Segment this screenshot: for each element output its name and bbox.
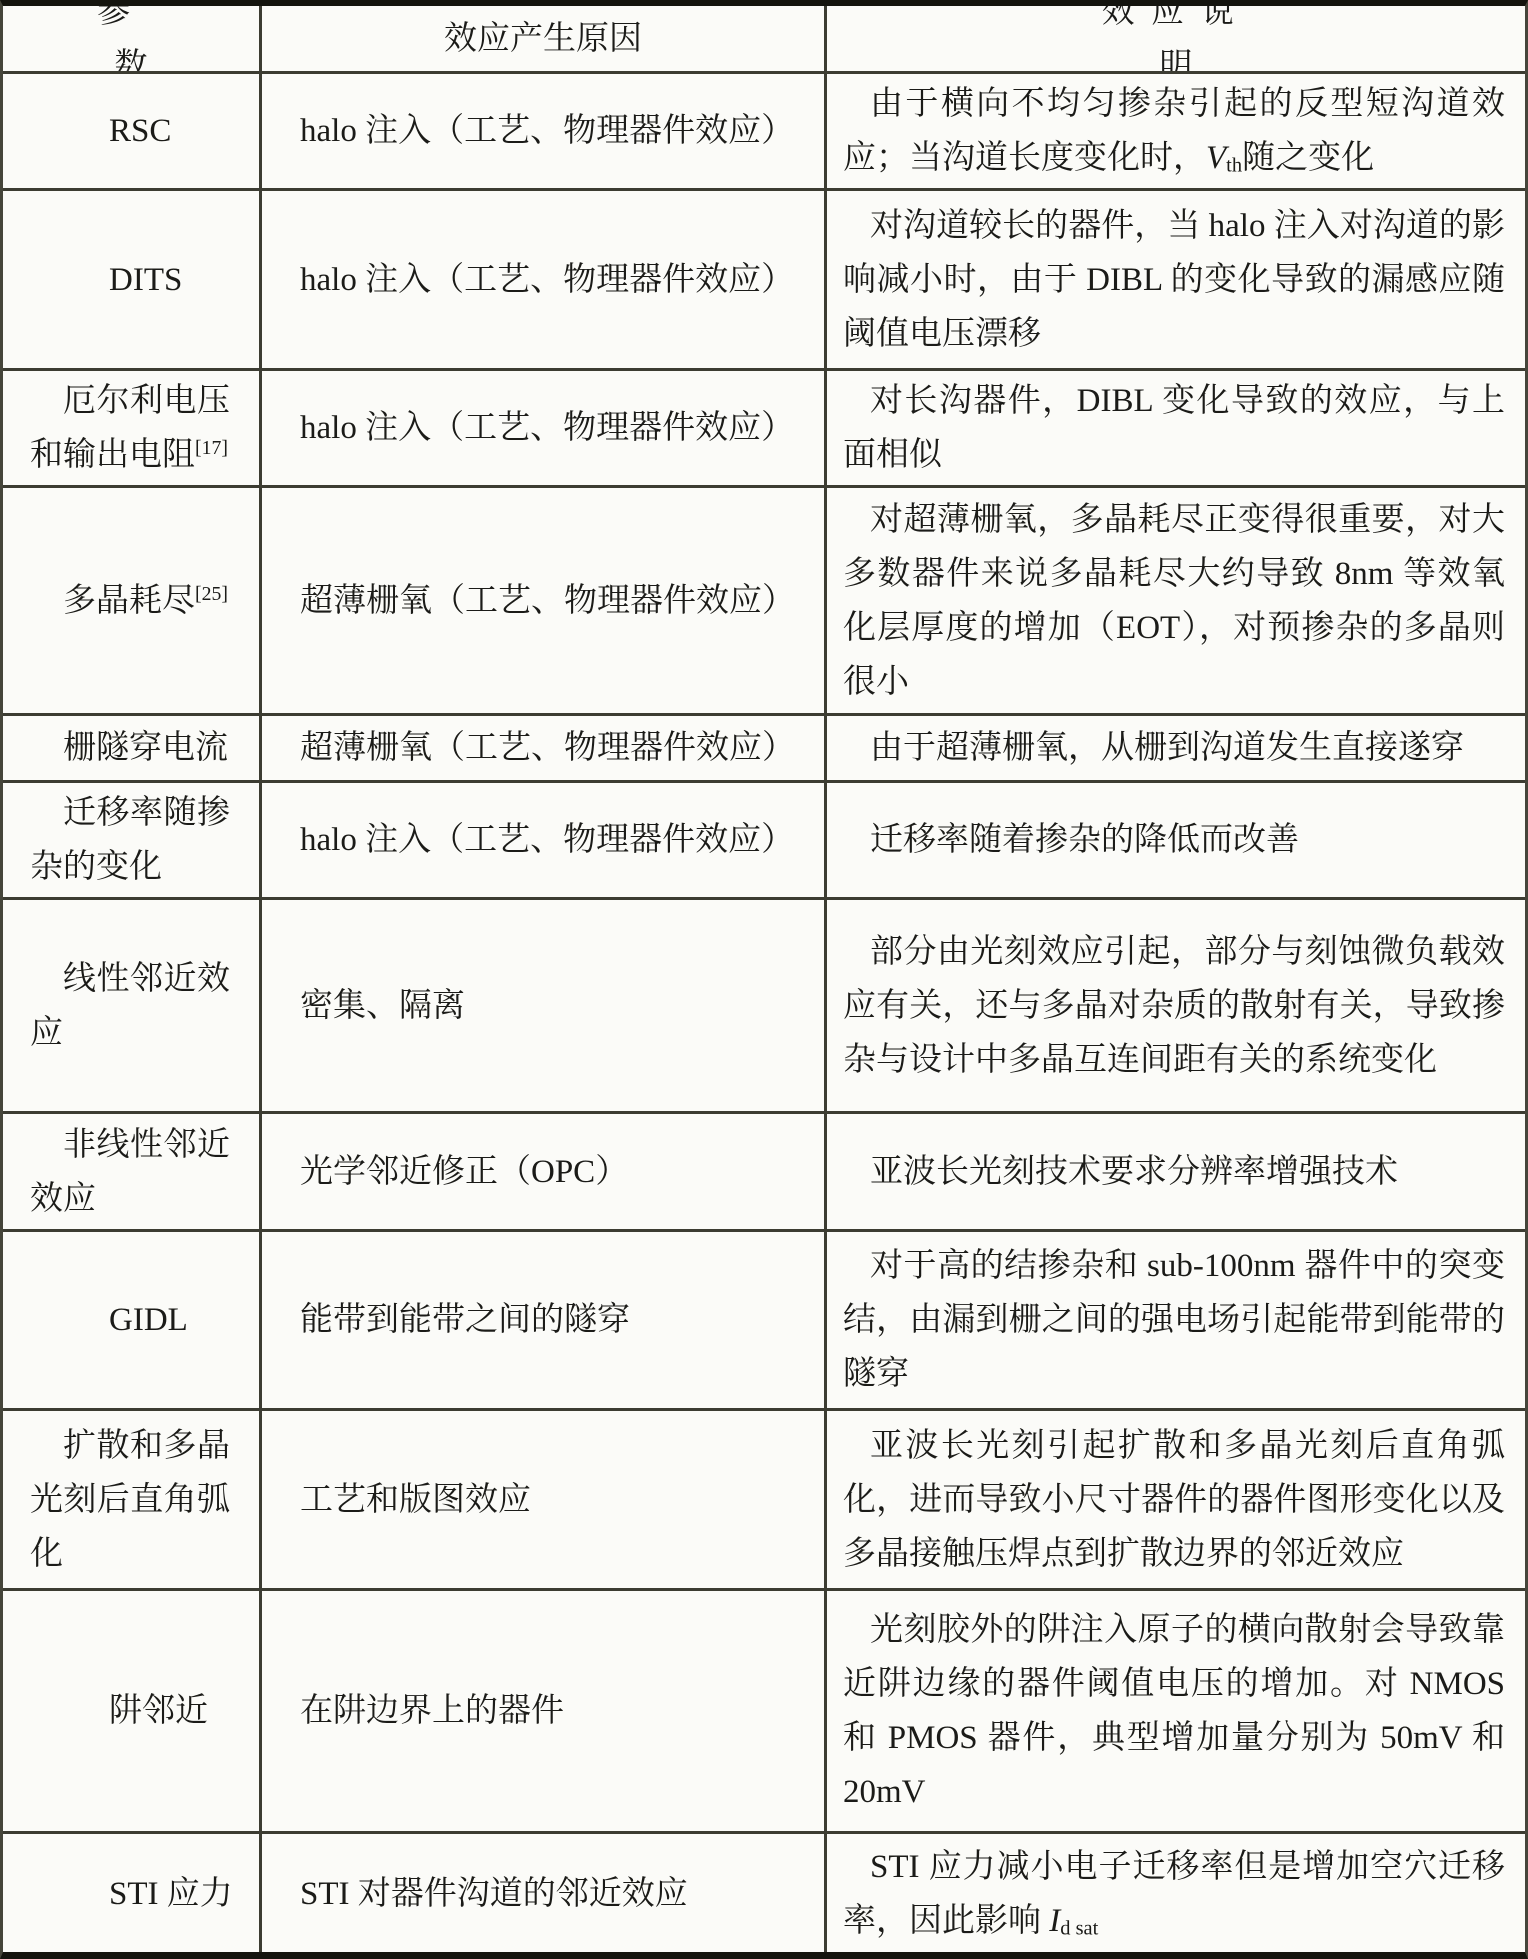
param-text: 多晶耗尽 — [63, 583, 195, 619]
desc-cell: 亚波长光刻引起扩散和多晶光刻后直角弧化，进而导致小尺寸器件的器件图形变化以及多晶… — [827, 1411, 1525, 1588]
param-label: STI 应力 — [3, 1867, 259, 1921]
desc-text: 迁移率随着掺杂的降低而改善 — [827, 813, 1525, 867]
param-cell: 非线性邻近效应 — [3, 1114, 262, 1229]
table-row-sti-stress: STI 应力 STI 对器件沟道的邻近效应 STI 应力减小电子迁移率但是增加空… — [3, 1834, 1525, 1953]
table-row-early-voltage: 厄尔利电压和输出电阻[17] halo 注入（工艺、物理器件效应） 对长沟器件，… — [3, 371, 1525, 488]
table-row-gidl: GIDL 能带到能带之间的隧穿 对于高的结掺杂和 sub-100nm 器件中的突… — [3, 1232, 1525, 1411]
desc-text: 光刻胶外的阱注入原子的横向散射会导致靠近阱边缘的器件阈值电压的增加。对 NMOS… — [827, 1603, 1525, 1819]
desc-text: STI 应力减小电子迁移率但是增加空穴迁移率，因此影响 Id sat — [827, 1840, 1525, 1948]
desc-cell: 光刻胶外的阱注入原子的横向散射会导致靠近阱边缘的器件阈值电压的增加。对 NMOS… — [827, 1591, 1525, 1831]
param-cell: STI 应力 — [3, 1834, 262, 1953]
header-cell-desc: 效应说明 — [827, 6, 1525, 71]
desc-cell: 对于高的结掺杂和 sub-100nm 器件中的突变结，由漏到栅之间的强电场引起能… — [827, 1232, 1525, 1408]
desc-cell: 对长沟器件，DIBL 变化导致的效应，与上面相似 — [827, 371, 1525, 485]
cause-cell: halo 注入（工艺、物理器件效应） — [262, 371, 827, 485]
desc-text: 对沟道较长的器件，当 halo 注入对沟道的影响减小时，由于 DIBL 的变化导… — [827, 199, 1525, 361]
cause-cell: halo 注入（工艺、物理器件效应） — [262, 191, 827, 368]
desc-text: 亚波长光刻引起扩散和多晶光刻后直角弧化，进而导致小尺寸器件的器件图形变化以及多晶… — [827, 1419, 1525, 1581]
cause-text: halo 注入（工艺、物理器件效应） — [262, 104, 824, 158]
desc-cell: 亚波长光刻技术要求分辨率增强技术 — [827, 1114, 1525, 1229]
desc-text: 对于高的结掺杂和 sub-100nm 器件中的突变结，由漏到栅之间的强电场引起能… — [827, 1239, 1525, 1401]
param-cell: 迁移率随掺杂的变化 — [3, 783, 262, 897]
param-label: 非线性邻近效应 — [3, 1118, 259, 1226]
desc-segment: 由于横向不均匀掺杂引起的反型短沟道效应；当沟道长度变化时， — [843, 86, 1505, 176]
cause-cell: 能带到能带之间的隧穿 — [262, 1232, 827, 1408]
cause-cell: halo 注入（工艺、物理器件效应） — [262, 74, 827, 188]
cause-text: 在阱边界上的器件 — [262, 1684, 824, 1738]
desc-segment: STI 应力减小电子迁移率但是增加空穴迁移率，因此影响 — [843, 1849, 1505, 1939]
cause-text: halo 注入（工艺、物理器件效应） — [262, 253, 824, 307]
param-label: 多晶耗尽[25] — [3, 574, 259, 628]
param-label: DITS — [3, 253, 259, 307]
cause-cell: 超薄栅氧（工艺、物理器件效应） — [262, 488, 827, 713]
table-row-linear-proximity: 线性邻近效应 密集、隔离 部分由光刻效应引起，部分与刻蚀微负载效应有关，还与多晶… — [3, 900, 1525, 1114]
desc-text: 由于超薄栅氧，从栅到沟道发生直接遂穿 — [827, 721, 1525, 775]
header-cell-cause: 效应产生原因 — [262, 6, 827, 71]
cause-cell: 超薄栅氧（工艺、物理器件效应） — [262, 716, 827, 780]
desc-cell: 对沟道较长的器件，当 halo 注入对沟道的影响减小时，由于 DIBL 的变化导… — [827, 191, 1525, 368]
variable-subscript: th — [1226, 155, 1242, 177]
param-cell: RSC — [3, 74, 262, 188]
cause-text: halo 注入（工艺、物理器件效应） — [262, 401, 824, 455]
table-row-mobility: 迁移率随掺杂的变化 halo 注入（工艺、物理器件效应） 迁移率随着掺杂的降低而… — [3, 783, 1525, 900]
param-reference: [17] — [195, 437, 228, 459]
desc-text: 由于横向不均匀掺杂引起的反型短沟道效应；当沟道长度变化时，Vth随之变化 — [827, 77, 1525, 185]
variable-subscript: d sat — [1060, 1917, 1098, 1939]
table-header-row: 参数 效应产生原因 效应说明 — [3, 6, 1525, 74]
table-row-poly-depletion: 多晶耗尽[25] 超薄栅氧（工艺、物理器件效应） 对超薄栅氧，多晶耗尽正变得很重… — [3, 488, 1525, 716]
cause-cell: 工艺和版图效应 — [262, 1411, 827, 1588]
header-cell-param: 参数 — [3, 6, 262, 71]
param-cell: 扩散和多晶光刻后直角弧化 — [3, 1411, 262, 1588]
cause-text: halo 注入（工艺、物理器件效应） — [262, 813, 824, 867]
cause-text: 密集、隔离 — [262, 979, 824, 1033]
param-cell: 阱邻近 — [3, 1591, 262, 1831]
param-label: 线性邻近效应 — [3, 952, 259, 1060]
cause-text: 光学邻近修正（OPC） — [262, 1145, 824, 1199]
variable-symbol: V — [1206, 140, 1226, 176]
desc-text: 部分由光刻效应引起，部分与刻蚀微负载效应有关，还与多晶对杂质的散射有关，导致掺杂… — [827, 925, 1525, 1087]
param-label: 阱邻近 — [3, 1684, 259, 1738]
param-cell: 线性邻近效应 — [3, 900, 262, 1111]
variable-symbol: I — [1049, 1903, 1060, 1939]
cause-cell: halo 注入（工艺、物理器件效应） — [262, 783, 827, 897]
desc-text: 对长沟器件，DIBL 变化导致的效应，与上面相似 — [827, 374, 1525, 482]
header-param-label: 参数 — [97, 6, 182, 71]
cause-cell: STI 对器件沟道的邻近效应 — [262, 1834, 827, 1953]
header-cause-label: 效应产生原因 — [444, 21, 642, 57]
cause-text: 超薄栅氧（工艺、物理器件效应） — [262, 574, 824, 628]
param-cell: GIDL — [3, 1232, 262, 1408]
table-row-well-proximity: 阱邻近 在阱边界上的器件 光刻胶外的阱注入原子的横向散射会导致靠近阱边缘的器件阈… — [3, 1591, 1525, 1834]
param-cell: 栅隧穿电流 — [3, 716, 262, 780]
cause-text: 超薄栅氧（工艺、物理器件效应） — [262, 721, 824, 775]
param-label: 迁移率随掺杂的变化 — [3, 786, 259, 894]
effects-table: 参数 效应产生原因 效应说明 RSC halo 注入（工艺、物理器件效应） 由于… — [0, 0, 1528, 1959]
table-row-nonlinear-proximity: 非线性邻近效应 光学邻近修正（OPC） 亚波长光刻技术要求分辨率增强技术 — [3, 1114, 1525, 1232]
param-reference: [25] — [195, 583, 228, 605]
desc-text: 对超薄栅氧，多晶耗尽正变得很重要，对大多数器件来说多晶耗尽大约导致 8nm 等效… — [827, 493, 1525, 709]
desc-text: 亚波长光刻技术要求分辨率增强技术 — [827, 1145, 1525, 1199]
cause-text: STI 对器件沟道的邻近效应 — [262, 1867, 824, 1921]
param-label: GIDL — [3, 1293, 259, 1347]
table-row-rsc: RSC halo 注入（工艺、物理器件效应） 由于横向不均匀掺杂引起的反型短沟道… — [3, 74, 1525, 191]
cause-text: 工艺和版图效应 — [262, 1473, 824, 1527]
cause-cell: 密集、隔离 — [262, 900, 827, 1111]
desc-cell: 部分由光刻效应引起，部分与刻蚀微负载效应有关，还与多晶对杂质的散射有关，导致掺杂… — [827, 900, 1525, 1111]
header-desc-label: 效应说明 — [1102, 6, 1251, 71]
desc-cell: STI 应力减小电子迁移率但是增加空穴迁移率，因此影响 Id sat — [827, 1834, 1525, 1953]
desc-cell: 对超薄栅氧，多晶耗尽正变得很重要，对大多数器件来说多晶耗尽大约导致 8nm 等效… — [827, 488, 1525, 713]
desc-cell: 由于横向不均匀掺杂引起的反型短沟道效应；当沟道长度变化时，Vth随之变化 — [827, 74, 1525, 188]
param-label: 栅隧穿电流 — [3, 721, 259, 775]
param-label: 扩散和多晶光刻后直角弧化 — [3, 1419, 259, 1581]
desc-cell: 由于超薄栅氧，从栅到沟道发生直接遂穿 — [827, 716, 1525, 780]
table-row-gate-tunneling: 栅隧穿电流 超薄栅氧（工艺、物理器件效应） 由于超薄栅氧，从栅到沟道发生直接遂穿 — [3, 716, 1525, 783]
param-cell: 厄尔利电压和输出电阻[17] — [3, 371, 262, 485]
param-cell: DITS — [3, 191, 262, 368]
param-text: 厄尔利电压和输出电阻 — [30, 383, 230, 473]
param-cell: 多晶耗尽[25] — [3, 488, 262, 713]
table-row-corner-rounding: 扩散和多晶光刻后直角弧化 工艺和版图效应 亚波长光刻引起扩散和多晶光刻后直角弧化… — [3, 1411, 1525, 1591]
desc-segment: 随之变化 — [1242, 140, 1374, 176]
desc-cell: 迁移率随着掺杂的降低而改善 — [827, 783, 1525, 897]
param-label: RSC — [3, 104, 259, 158]
table-row-dits: DITS halo 注入（工艺、物理器件效应） 对沟道较长的器件，当 halo … — [3, 191, 1525, 371]
cause-text: 能带到能带之间的隧穿 — [262, 1293, 824, 1347]
param-label: 厄尔利电压和输出电阻[17] — [3, 374, 259, 482]
cause-cell: 在阱边界上的器件 — [262, 1591, 827, 1831]
cause-cell: 光学邻近修正（OPC） — [262, 1114, 827, 1229]
